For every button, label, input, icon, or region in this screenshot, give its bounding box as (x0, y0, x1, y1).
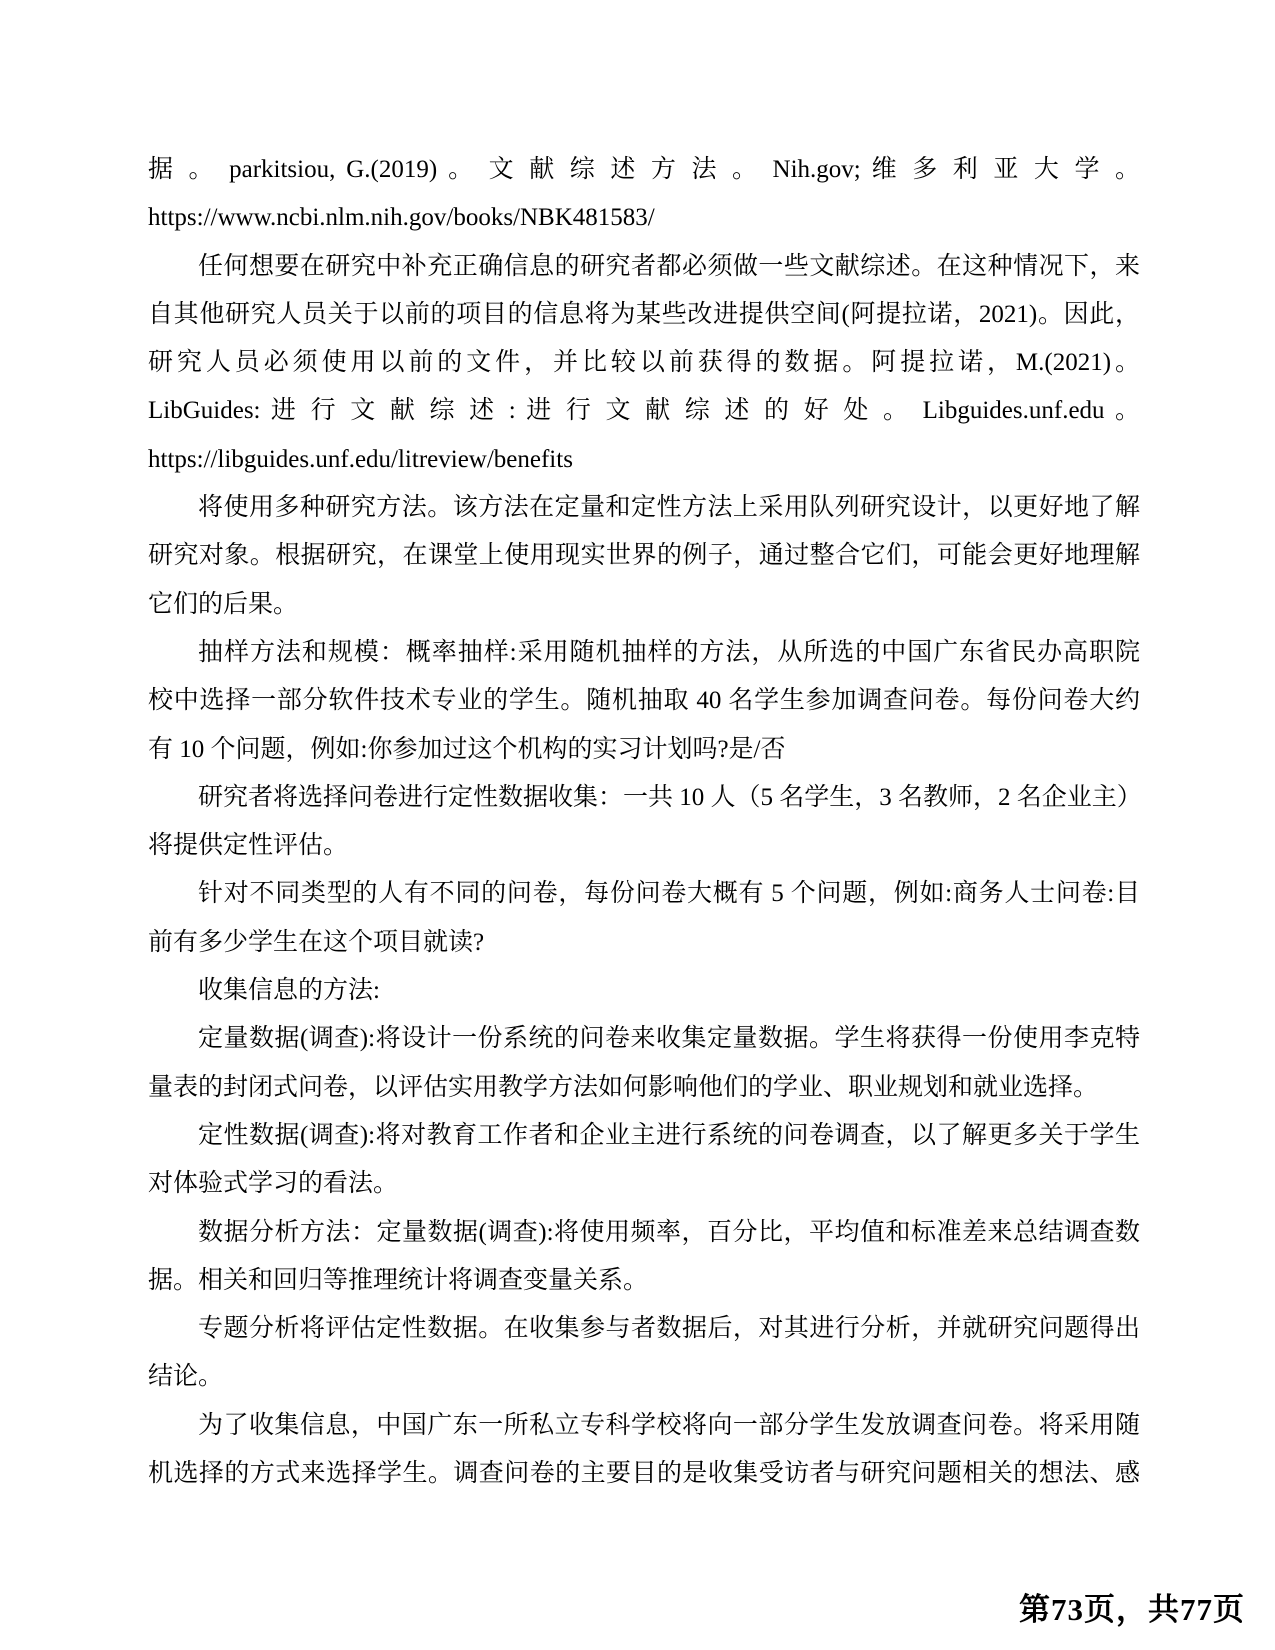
document-body: 据 。 parkitsiou, G.(2019) 。 文 献 综 述 方 法 。… (148, 146, 1140, 1498)
text-line: 有 10 个问题，例如:你参加过这个机构的实习计划吗?是/否 (148, 726, 1140, 774)
paragraph: 将使用多种研究方法。该方法在定量和定性方法上采用队列研究设计，以更好地了解研究对… (148, 484, 1140, 629)
paragraph: 数据分析方法：定量数据(调查):将使用频率，百分比，平均值和标准差来总结调查数据… (148, 1209, 1140, 1306)
text-line: 前有多少学生在这个项目就读? (148, 919, 1140, 967)
paragraph: 定性数据(调查):将对教育工作者和企业主进行系统的问卷调查，以了解更多关于学生对… (148, 1112, 1140, 1209)
text-line: 专题分析将评估定性数据。在收集参与者数据后，对其进行分析，并就研究问题得出 (148, 1305, 1140, 1353)
paragraph: 收集信息的方法: (148, 967, 1140, 1015)
text-line: 结论。 (148, 1353, 1140, 1401)
text-line: 将使用多种研究方法。该方法在定量和定性方法上采用队列研究设计，以更好地了解 (148, 484, 1140, 532)
text-line: https://www.ncbi.nlm.nih.gov/books/NBK48… (148, 194, 1140, 242)
text-line: 将提供定性评估。 (148, 822, 1140, 870)
text-line: 机选择的方式来选择学生。调查问卷的主要目的是收集受访者与研究问题相关的想法、感 (148, 1450, 1140, 1498)
text-line: https://libguides.unf.edu/litreview/bene… (148, 436, 1140, 484)
text-line: 任何想要在研究中补充正确信息的研究者都必须做一些文献综述。在这种情况下，来 (148, 243, 1140, 291)
text-line: 定量数据(调查):将设计一份系统的问卷来收集定量数据。学生将获得一份使用李克特 (148, 1015, 1140, 1063)
paragraph: 专题分析将评估定性数据。在收集参与者数据后，对其进行分析，并就研究问题得出结论。 (148, 1305, 1140, 1402)
text-line: 定性数据(调查):将对教育工作者和企业主进行系统的问卷调查，以了解更多关于学生 (148, 1112, 1140, 1160)
text-line: 自其他研究人员关于以前的项目的信息将为某些改进提供空间(阿提拉诺，2021)。因… (148, 291, 1140, 339)
paragraph: 抽样方法和规模：概率抽样:采用随机抽样的方法，从所选的中国广东省民办高职院校中选… (148, 629, 1140, 774)
text-line: 针对不同类型的人有不同的问卷，每份问卷大概有 5 个问题，例如:商务人士问卷:目 (148, 870, 1140, 918)
page-number-footer: 第73页，共77页 (1019, 1584, 1245, 1629)
paragraph: 为了收集信息，中国广东一所私立专科学校将向一部分学生发放调查问卷。将采用随机选择… (148, 1402, 1140, 1499)
text-line: 研究对象。根据研究，在课堂上使用现实世界的例子，通过整合它们，可能会更好地理解 (148, 532, 1140, 580)
paragraph: 定量数据(调查):将设计一份系统的问卷来收集定量数据。学生将获得一份使用李克特量… (148, 1015, 1140, 1112)
paragraph: 针对不同类型的人有不同的问卷，每份问卷大概有 5 个问题，例如:商务人士问卷:目… (148, 870, 1140, 967)
text-line: 它们的后果。 (148, 581, 1140, 629)
paragraph: 任何想要在研究中补充正确信息的研究者都必须做一些文献综述。在这种情况下，来自其他… (148, 243, 1140, 484)
text-line: 收集信息的方法: (148, 967, 1140, 1015)
text-line: 研究人员必须使用以前的文件，并比较以前获得的数据。阿提拉诺，M.(2021)。 (148, 339, 1140, 387)
text-line: 对体验式学习的看法。 (148, 1160, 1140, 1208)
text-line: 抽样方法和规模：概率抽样:采用随机抽样的方法，从所选的中国广东省民办高职院 (148, 629, 1140, 677)
text-line: 量表的封闭式问卷，以评估实用教学方法如何影响他们的学业、职业规划和就业选择。 (148, 1064, 1140, 1112)
text-line: 研究者将选择问卷进行定性数据收集：一共 10 人（5 名学生，3 名教师，2 名… (148, 774, 1140, 822)
text-line: 据。相关和回归等推理统计将调查变量关系。 (148, 1257, 1140, 1305)
paragraph: 据 。 parkitsiou, G.(2019) 。 文 献 综 述 方 法 。… (148, 146, 1140, 243)
text-line: 为了收集信息，中国广东一所私立专科学校将向一部分学生发放调查问卷。将采用随 (148, 1402, 1140, 1450)
text-line: 校中选择一部分软件技术专业的学生。随机抽取 40 名学生参加调查问卷。每份问卷大… (148, 677, 1140, 725)
text-line: 据 。 parkitsiou, G.(2019) 。 文 献 综 述 方 法 。… (148, 146, 1140, 194)
text-line: LibGuides: 进 行 文 献 综 述 : 进 行 文 献 综 述 的 好… (148, 387, 1140, 435)
paragraph: 研究者将选择问卷进行定性数据收集：一共 10 人（5 名学生，3 名教师，2 名… (148, 774, 1140, 871)
text-line: 数据分析方法：定量数据(调查):将使用频率，百分比，平均值和标准差来总结调查数 (148, 1209, 1140, 1257)
